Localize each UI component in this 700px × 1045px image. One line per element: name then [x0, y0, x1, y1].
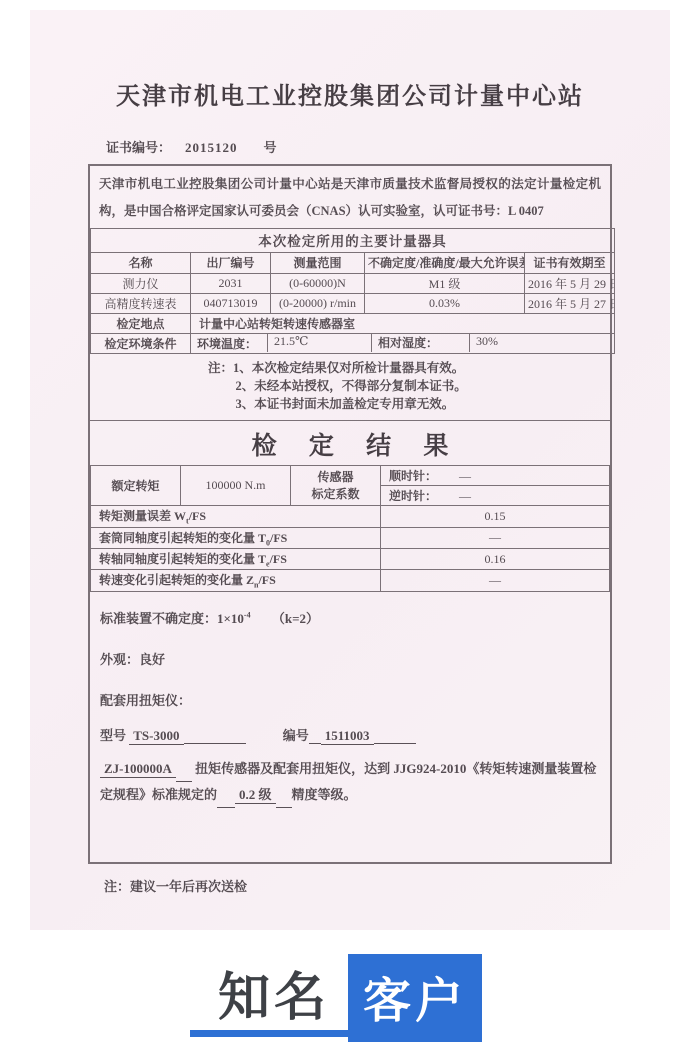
clockwise-cell: 顺时针：— — [381, 466, 610, 486]
resubmission-note: 注：建议一年后再次送检 — [104, 876, 612, 895]
table-row: 高精度转速表 040713019 (0-20000) r/min 0.03% 2… — [91, 293, 615, 313]
result-suffix: /FS — [270, 552, 287, 566]
instrument-serial-cell: 040713019 — [191, 293, 271, 313]
certificate-notes: 注：1、本次检定结果仅对所检计量器具有效。 2、未经本站授权，不得部分复制本证书… — [90, 354, 610, 421]
instrument-name-cell: 高精度转速表 — [91, 293, 191, 313]
result-label: 转速变化引起转矩的变化量 Z — [99, 573, 254, 587]
clockwise-label: 顺时针： — [389, 469, 437, 483]
coverage-factor: （k=2） — [272, 611, 319, 626]
table-row: 转轴同轴度引起转矩的变化量 Te/FS 0.16 — [91, 548, 610, 569]
conclusion-blank — [176, 767, 192, 782]
appearance-line: 外观：良好 — [100, 649, 600, 668]
counterclockwise-value: — — [459, 489, 471, 504]
table-row: 转速变化引起转矩的变化量 Zn/FS — — [91, 570, 610, 591]
rated-torque-row: 额定转矩 100000 N.m 传感器 标定系数 顺时针：— — [91, 466, 610, 486]
conclusion-tail: 精度等级。 — [292, 787, 357, 802]
coeff-label-line2: 标定系数 — [291, 486, 380, 503]
result-value-cell: 0.15 — [381, 506, 610, 527]
uncertainty-text: 标准装置不确定度：1×10 — [100, 611, 244, 626]
result-label-cell: 套筒同轴度引起转矩的变化量 T0/FS — [91, 527, 381, 548]
col-header-name: 名称 — [91, 252, 191, 273]
coeff-label-line1: 传感器 — [291, 469, 380, 486]
certificate-body: 天津市机电工业控股集团公司计量中心站是天津市质量技术监督局授权的法定计量检定机构… — [88, 164, 612, 864]
instrument-serial-cell: 2031 — [191, 273, 271, 293]
col-header-range: 测量范围 — [271, 252, 365, 273]
instruments-table-title: 本次检定所用的主要计量器具 — [91, 228, 615, 252]
serial-underline-blank2 — [374, 729, 416, 744]
result-label: 转矩测量误差 W — [99, 509, 186, 523]
note-line-3: 3、本证书封面未加盖检定专用章无效。 — [208, 395, 610, 413]
uncertainty-exponent: -4 — [244, 610, 251, 619]
result-label-cell: 转矩测量误差 Wt/FS — [91, 506, 381, 527]
instrument-valid-cell: 2016 年 5 月 29 日 — [525, 273, 615, 293]
instruments-header-row: 名称 出厂编号 测量范围 不确定度/准确度/最大允许误差 证书有效期至 — [91, 252, 615, 273]
serial-underline-blank — [309, 729, 321, 744]
note-line-1: 注：1、本次检定结果仅对所检计量器具有效。 — [208, 359, 610, 377]
rated-torque-value: 100000 N.m — [181, 466, 291, 506]
col-header-serial: 出厂编号 — [191, 252, 271, 273]
result-suffix: /FS — [258, 573, 275, 587]
brand-known: 知名 — [218, 955, 348, 1042]
uncertainty-line: 标准装置不确定度：1×10-4 （k=2） — [100, 608, 600, 627]
humidity-label: 相对湿度： — [371, 334, 469, 352]
brand-customer-box: 客户 — [348, 954, 482, 1042]
conclusion-paragraph: ZJ-100000A 扭矩传感器及配套用扭矩仪，达到 JJG924-2010《转… — [100, 756, 600, 809]
temperature-value: 21.5℃ — [267, 334, 371, 352]
result-label-cell: 转速变化引起转矩的变化量 Zn/FS — [91, 570, 381, 591]
serial-value: 1511003 — [321, 728, 374, 745]
model-underline-blank — [184, 729, 246, 744]
certificate-number-value: 2015120 — [185, 140, 238, 156]
humidity-value: 30% — [469, 334, 614, 352]
certificate-number-label: 证书编号： — [106, 140, 171, 155]
temperature-label: 环境温度： — [191, 335, 267, 352]
accreditation-paragraph: 天津市机电工业控股集团公司计量中心站是天津市质量技术监督局授权的法定计量检定机构… — [90, 166, 610, 228]
result-suffix: /FS — [270, 531, 287, 545]
instrument-name-cell: 测力仪 — [91, 273, 191, 293]
result-value-cell: — — [381, 570, 610, 591]
results-table: 额定转矩 100000 N.m 传感器 标定系数 顺时针：— 逆时针：— 转矩测… — [90, 465, 610, 592]
table-row: 测力仪 2031 (0-60000)N M1 级 2016 年 5 月 29 日 — [91, 273, 615, 293]
note-line-2: 2、未经本站授权，不得部分复制本证书。 — [208, 377, 610, 395]
result-value-cell: 0.16 — [381, 548, 610, 569]
table-row: 转矩测量误差 Wt/FS 0.15 — [91, 506, 610, 527]
col-header-valid: 证书有效期至 — [525, 252, 615, 273]
instrument-accuracy-cell: M1 级 — [365, 273, 525, 293]
certificate-page: 天津市机电工业控股集团公司计量中心站 证书编号：2015120号 天津市机电工业… — [30, 10, 670, 930]
certificate-number-suffix: 号 — [264, 140, 277, 155]
calibration-coefficient-label: 传感器 标定系数 — [291, 466, 381, 506]
grade-blank-left — [217, 793, 235, 808]
conclusion-model: ZJ-100000A — [100, 761, 176, 778]
page-title: 天津市机电工业控股集团公司计量中心站 — [88, 76, 612, 111]
environment-values: 环境温度： 21.5℃ 相对湿度： 30% — [191, 334, 614, 352]
serial-label: 编号 — [283, 728, 309, 743]
instrument-range-cell: (0-60000)N — [271, 273, 365, 293]
brand-known-text: 知名 — [218, 969, 330, 1027]
table-row: 套筒同轴度引起转矩的变化量 T0/FS — — [91, 527, 610, 548]
model-label: 型号 — [100, 728, 126, 743]
result-label: 套筒同轴度引起转矩的变化量 T — [99, 531, 266, 545]
results-heading: 检 定 结 果 — [90, 421, 610, 465]
col-header-accuracy: 不确定度/准确度/最大允许误差 — [365, 252, 525, 273]
environment-label: 检定环境条件 — [91, 333, 191, 353]
results-details: 标准装置不确定度：1×10-4 （k=2） 外观：良好 配套用扭矩仪： 型号 T… — [90, 592, 610, 863]
model-serial-line: 型号 TS-3000 编号1511003 — [100, 725, 600, 744]
environment-row: 检定环境条件 环境温度： 21.5℃ 相对湿度： 30% — [91, 333, 615, 353]
instrument-accuracy-cell: 0.03% — [365, 293, 525, 313]
instruments-table-title-row: 本次检定所用的主要计量器具 — [91, 228, 615, 252]
counterclockwise-cell: 逆时针：— — [381, 486, 610, 506]
certificate-number-line: 证书编号：2015120号 — [106, 137, 612, 156]
grade-blank-right — [276, 793, 292, 808]
companion-instrument-line: 配套用扭矩仪： — [100, 690, 600, 709]
model-value: TS-3000 — [129, 728, 183, 745]
result-value-cell: — — [381, 527, 610, 548]
brand-customer-text: 客户 — [363, 975, 467, 1028]
location-value: 计量中心站转矩转速传感器室 — [191, 313, 615, 333]
rated-torque-label: 额定转矩 — [91, 466, 181, 506]
result-suffix: /FS — [189, 509, 206, 523]
instrument-range-cell: (0-20000) r/min — [271, 293, 365, 313]
counterclockwise-label: 逆时针： — [389, 489, 437, 503]
verification-location-row: 检定地点 计量中心站转矩转速传感器室 — [91, 313, 615, 333]
conclusion-grade: 0.2 级 — [235, 787, 276, 804]
result-label: 转轴同轴度引起转矩的变化量 T — [99, 552, 266, 566]
known-customer-banner: 知名 客户 — [0, 954, 700, 1042]
result-label-cell: 转轴同轴度引起转矩的变化量 Te/FS — [91, 548, 381, 569]
location-label: 检定地点 — [91, 313, 191, 333]
instrument-valid-cell: 2016 年 5 月 27 日 — [525, 293, 615, 313]
instruments-table: 本次检定所用的主要计量器具 名称 出厂编号 测量范围 不确定度/准确度/最大允许… — [90, 228, 615, 354]
clockwise-value: — — [459, 469, 471, 484]
